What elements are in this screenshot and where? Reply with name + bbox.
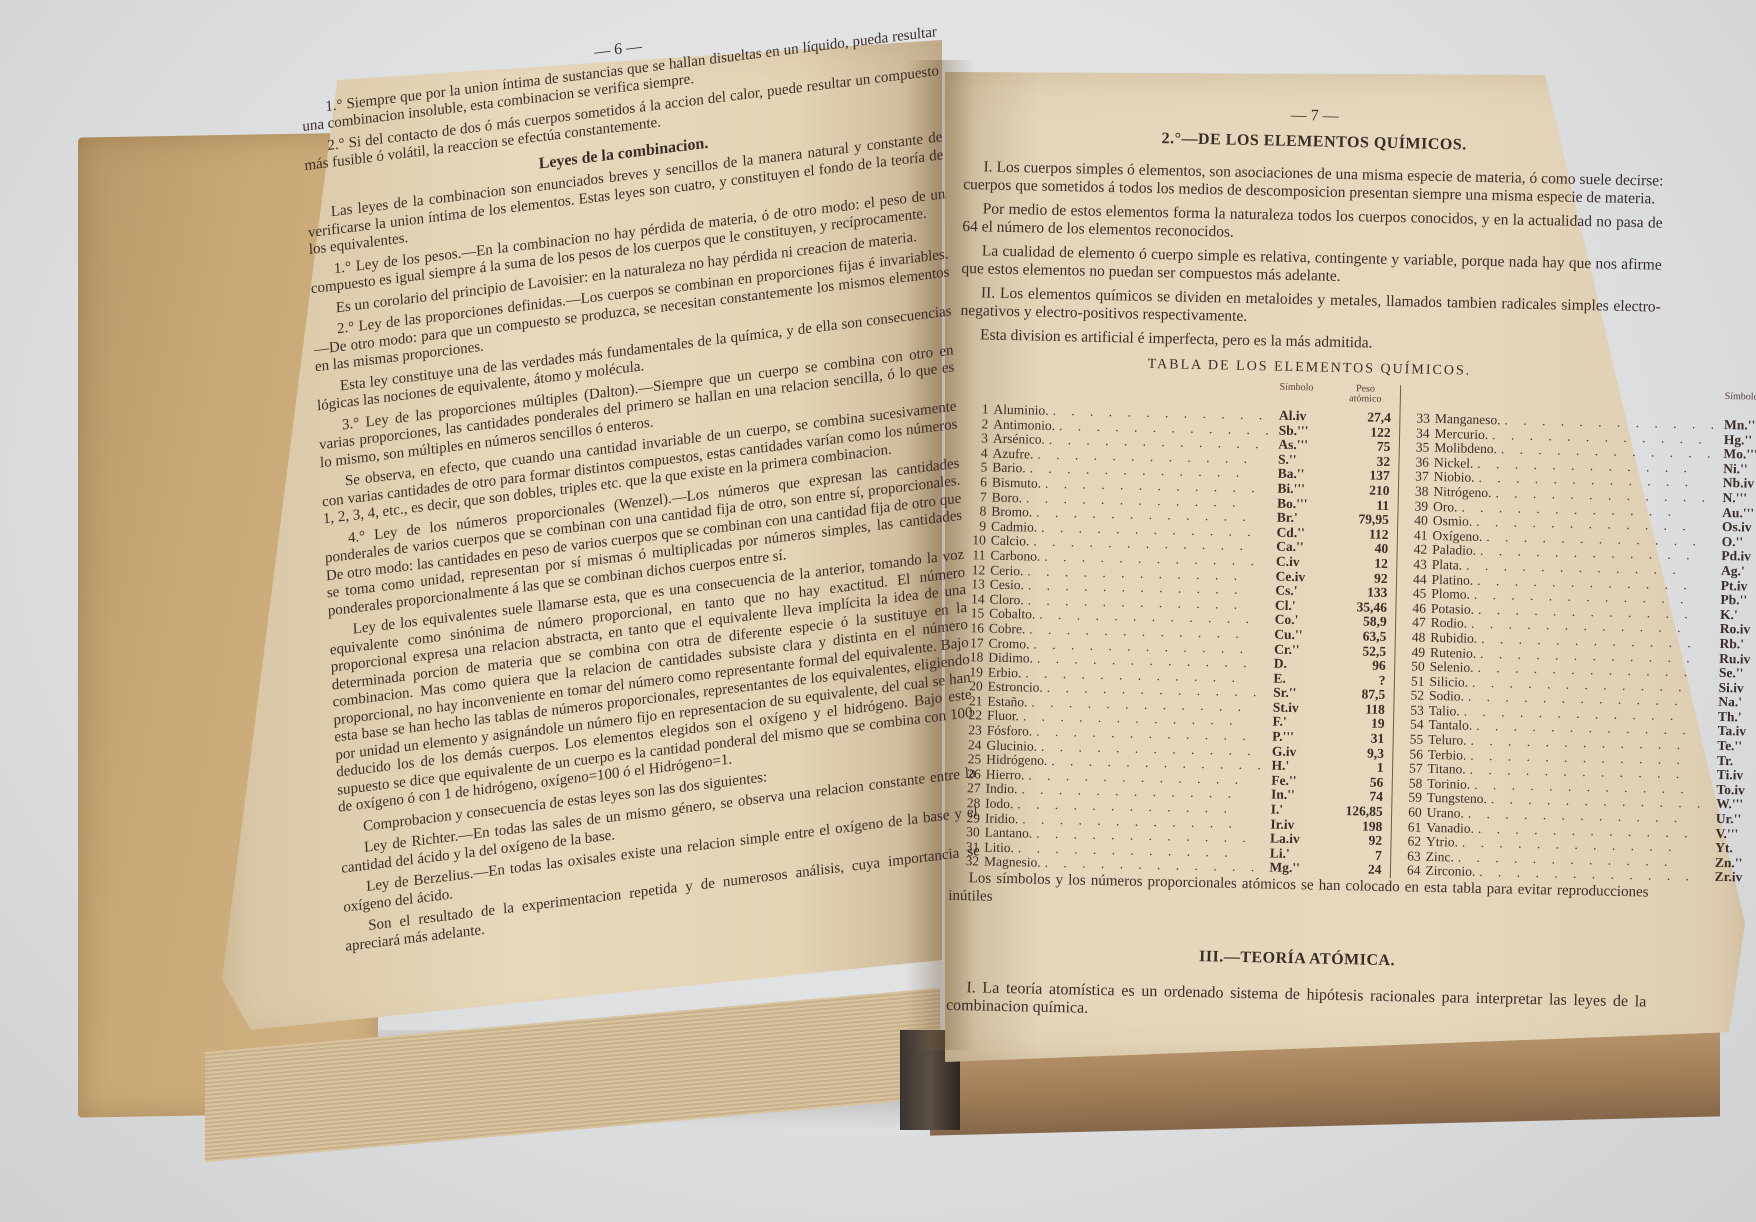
element-number: 42	[1405, 543, 1427, 558]
element-number: 45	[1404, 586, 1426, 601]
atomic-weight: 118	[1333, 702, 1385, 718]
element-name: Urano.	[1427, 806, 1464, 821]
header-symbol: Símbolo	[1724, 392, 1756, 413]
element-number: 35	[1407, 441, 1429, 456]
element-number: 55	[1401, 732, 1423, 747]
element-number: 32	[957, 854, 979, 869]
element-number: 47	[1404, 616, 1426, 631]
element-number: 52	[1402, 689, 1424, 704]
element-name: Magnesio.	[984, 855, 1041, 871]
element-number: 54	[1401, 718, 1423, 733]
section-title-elements: 2.°—DE LOS ELEMENTOS QUÍMICOS.	[964, 126, 1664, 159]
element-name: Zirconio.	[1425, 864, 1475, 880]
element-number: 46	[1404, 601, 1426, 616]
element-number: 59	[1400, 791, 1422, 806]
elements-column-left: Símbolo Peso atómico 1Aluminio.. . . . .…	[949, 376, 1400, 878]
element-number: 18	[961, 650, 983, 665]
atomic-weight: ?	[1333, 673, 1385, 689]
element-number: 28	[958, 796, 980, 811]
atomic-weight: 31	[1332, 731, 1384, 747]
right-paragraph: Por medio de estos elementos forma la na…	[962, 200, 1663, 251]
atomic-weight: 40	[1336, 541, 1388, 557]
element-number: 21	[960, 694, 982, 709]
element-number: 12	[963, 563, 985, 578]
atomic-weight: 58,9	[1335, 614, 1387, 630]
atomic-weight: 133	[1335, 585, 1387, 601]
element-name: Cobre.	[989, 622, 1026, 637]
element-number: 1	[966, 402, 988, 417]
element-number: 41	[1405, 528, 1427, 543]
atomic-weight: 75	[1338, 439, 1390, 455]
element-number: 37	[1407, 470, 1429, 485]
element-number: 40	[1406, 513, 1428, 528]
atomic-weight: 96	[1334, 658, 1386, 674]
elements-table: Símbolo Peso atómico 1Aluminio.. . . . .…	[949, 376, 1659, 884]
element-number: 22	[960, 709, 982, 724]
element-number: 25	[959, 752, 981, 767]
atomic-weight: 12	[1336, 556, 1388, 572]
element-number: 16	[962, 621, 984, 636]
element-number: 3	[966, 431, 988, 446]
element-number: 19	[961, 665, 983, 680]
element-number: 5	[965, 460, 987, 475]
element-number: 51	[1402, 674, 1424, 689]
element-number: 27	[958, 781, 980, 796]
atomic-weight: 137	[1338, 468, 1390, 484]
right-page-text: — 7 — 2.°—DE LOS ELEMENTOS QUÍMICOS. I. …	[946, 100, 1665, 1035]
element-number: 17	[961, 636, 983, 651]
element-number: 11	[963, 548, 985, 563]
element-number: 6	[965, 475, 987, 490]
element-number: 10	[964, 533, 986, 548]
atomic-weight: 112	[1336, 527, 1388, 543]
element-name: Iodo.	[985, 797, 1013, 812]
element-number: 49	[1403, 645, 1425, 660]
book-photo: — 6 — 1.° Siempre que por la union íntim…	[0, 0, 1756, 1222]
atomic-weight: 87,5	[1333, 687, 1385, 703]
element-number: 58	[1400, 776, 1422, 791]
element-number: 36	[1407, 455, 1429, 470]
element-number: 26	[959, 767, 981, 782]
element-number: 39	[1406, 499, 1428, 514]
element-number: 38	[1406, 484, 1428, 499]
column-header: Símbolo Peso atómico	[967, 376, 1392, 405]
atomic-weight: 24	[1329, 862, 1381, 878]
element-number: 2	[966, 417, 988, 432]
element-number: 14	[962, 592, 984, 607]
element-number: 44	[1404, 572, 1426, 587]
element-number: 15	[962, 606, 984, 621]
atomic-weight: 56	[1331, 775, 1383, 791]
element-number: 7	[965, 490, 987, 505]
element-number: 13	[963, 577, 985, 592]
element-number: 20	[961, 679, 983, 694]
element-number: 64	[1398, 864, 1420, 879]
atomic-weight: 198	[1330, 818, 1382, 834]
atomic-weight: 92	[1330, 833, 1382, 849]
element-number: 48	[1403, 630, 1425, 645]
element-number: 34	[1407, 426, 1429, 441]
element-symbol: Mg.''	[1269, 861, 1329, 877]
atomic-weight: 1	[1331, 760, 1383, 776]
element-number: 63	[1399, 849, 1421, 864]
right-paragraph: II. Los elementos químicos se dividen en…	[960, 284, 1661, 335]
atomic-weight: 19	[1332, 716, 1384, 732]
atomic-weight: 9,3	[1332, 745, 1384, 761]
element-number: 23	[960, 723, 982, 738]
element-number: 29	[958, 811, 980, 826]
atomic-weight: 126,85	[1331, 804, 1383, 820]
element-name: Plata.	[1432, 558, 1463, 573]
atomic-weight: 27,4	[1339, 410, 1391, 426]
element-number: 62	[1399, 834, 1421, 849]
atomic-weight: 63,5	[1334, 629, 1386, 645]
atomic-weight: 79,95	[1337, 512, 1389, 528]
section-title-atomic-theory: III.—TEORÍA ATÓMICA.	[947, 943, 1647, 976]
element-number: 8	[964, 504, 986, 519]
element-number: 31	[957, 840, 979, 855]
atomic-weight: 52,5	[1334, 643, 1386, 659]
left-page-text: — 6 — 1.° Siempre que por la union íntim…	[300, 2, 981, 960]
element-number: 30	[958, 825, 980, 840]
header-weight: Peso atómico	[1339, 384, 1391, 405]
atomic-weight: 210	[1337, 483, 1389, 499]
element-number: 24	[959, 738, 981, 753]
header-symbol: Símbolo	[1279, 383, 1339, 404]
atomic-weight: 122	[1338, 424, 1390, 440]
atomic-weight: 92	[1335, 570, 1387, 586]
atomic-weight: 32	[1338, 454, 1390, 470]
elements-column-right: Símbolo Peso atómico 33Manganeso.. . . .…	[1389, 385, 1756, 887]
atomic-weight: 35,46	[1335, 600, 1387, 616]
element-number: 4	[965, 446, 987, 461]
element-number: 57	[1400, 762, 1422, 777]
element-symbol: Zr.iv	[1714, 870, 1756, 886]
element-number: 61	[1399, 820, 1421, 835]
element-number: 33	[1408, 411, 1430, 426]
element-name: Rubidio.	[1430, 631, 1477, 647]
right-paragraph: I. Los cuerpos simples ó elementos, son …	[963, 158, 1664, 209]
element-number: 9	[964, 519, 986, 534]
column-header: Símbolo Peso atómico	[1408, 385, 1756, 414]
element-number: 43	[1405, 557, 1427, 572]
element-number: 50	[1403, 659, 1425, 674]
atomic-theory-paragraph: I. La teoría atomística es un ordenado s…	[946, 979, 1647, 1030]
right-paragraph: La cualidad de elemento ó cuerpo simple …	[961, 242, 1662, 293]
element-number: 60	[1400, 805, 1422, 820]
element-number: 53	[1402, 703, 1424, 718]
atomic-weight: 7	[1330, 848, 1382, 864]
element-number: 56	[1401, 747, 1423, 762]
